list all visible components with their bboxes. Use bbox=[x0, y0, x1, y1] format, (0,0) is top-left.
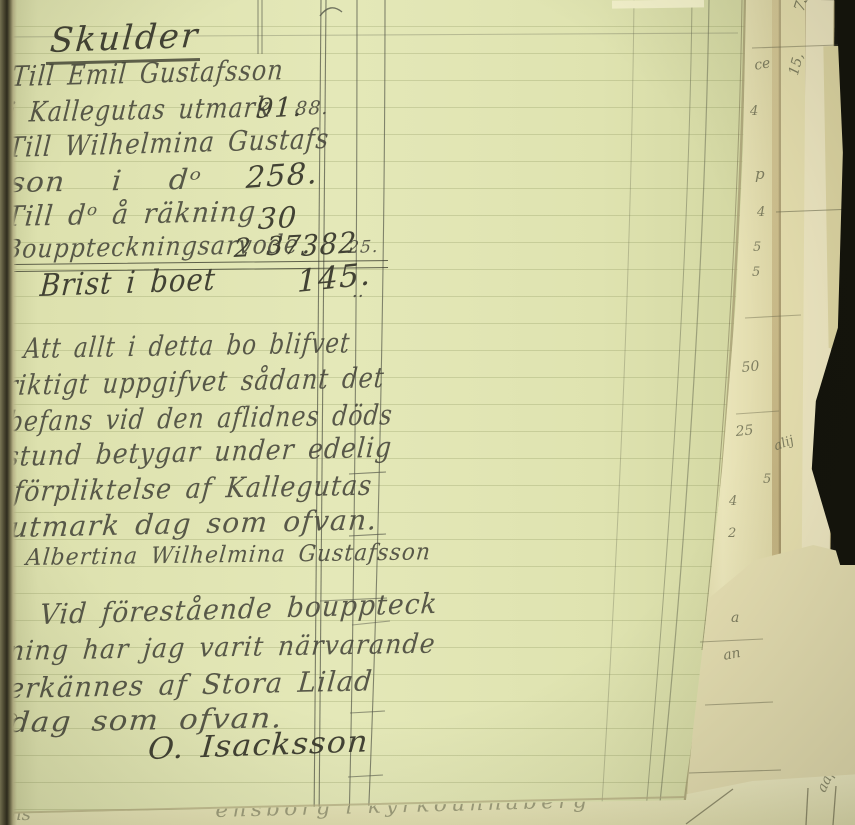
margin-mark-4: 4 bbox=[750, 104, 758, 119]
margin-mark-10: 25 bbox=[735, 422, 754, 439]
margin-mark-5: p bbox=[755, 165, 765, 183]
margin-mark-11: alij bbox=[772, 433, 796, 454]
margin-mark-14: 2 bbox=[728, 526, 736, 541]
margin-mark-8: 5 bbox=[752, 265, 760, 280]
margin-mark-6: 4 bbox=[757, 205, 765, 220]
margin-mark-16: an bbox=[722, 645, 742, 664]
margin-mark-3: 15, bbox=[786, 51, 807, 77]
bright-page-edge-top bbox=[612, 0, 704, 9]
margin-mark-13: 4 bbox=[729, 494, 737, 509]
book-gutter bbox=[0, 0, 17, 825]
margin-fragments-layer: 75 ce 15, 4 p 4 5 5 50 25 alij 5 4 2 a a… bbox=[0, 0, 855, 825]
margin-mark-7: 5 bbox=[753, 240, 761, 255]
photo-scene: ns ensborg i kyrkounnaberg aapdt bbox=[0, 0, 855, 825]
margin-mark-2: ce bbox=[753, 55, 772, 74]
margin-mark-15: a bbox=[731, 610, 739, 626]
margin-mark-9: 50 bbox=[741, 358, 760, 375]
margin-mark-1: 75 bbox=[790, 0, 813, 14]
margin-mark-12: 5 bbox=[763, 472, 771, 487]
